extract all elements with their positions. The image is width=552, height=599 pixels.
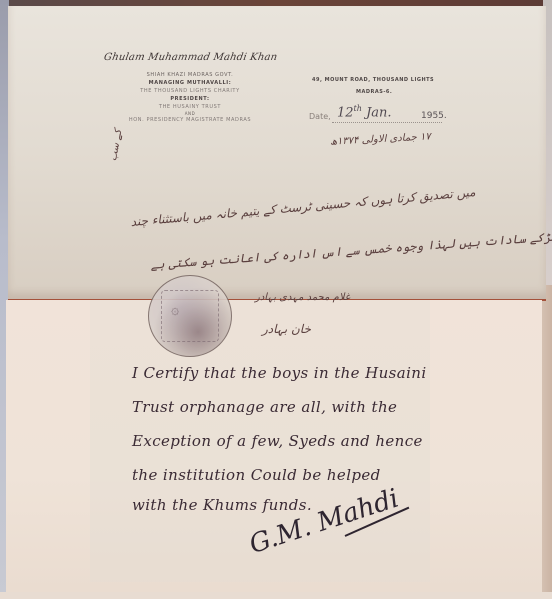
english-line-3: Exception of a few, Syeds and hence bbox=[132, 432, 423, 450]
letterhead-line-4: PRESIDENT: bbox=[95, 96, 285, 102]
date-day-suffix: th bbox=[354, 104, 362, 113]
english-line-4: the institution Could be helped bbox=[132, 466, 381, 484]
letterhead-line-5: THE HUSAINY TRUST bbox=[95, 104, 285, 110]
letterhead-line-7: HON. PRESIDENCY MAGISTRATE MADRAS bbox=[95, 117, 285, 123]
seal-stamp-icon: ۞ bbox=[148, 275, 232, 357]
seal-glyph-icon: ۞ bbox=[171, 302, 179, 318]
letterhead-line-3: THE THOUSAND LIGHTS CHARITY bbox=[95, 88, 285, 94]
english-line-5: with the Khums funds. bbox=[132, 496, 312, 514]
date-day: 12 bbox=[337, 105, 354, 120]
english-line-1: I Certify that the boys in the Husaini bbox=[132, 364, 427, 382]
bottom-edge bbox=[0, 592, 552, 599]
letterhead-line-6: AND bbox=[95, 111, 285, 116]
letterhead-line-1: SHIAH KHAZI MADRAS GOVT. bbox=[95, 72, 285, 78]
date-handwritten: 12th Jan. bbox=[337, 104, 392, 120]
letterhead-line-2: MANAGING MUTHAVALLI: bbox=[95, 80, 285, 86]
urdu-lower-line-2: خان بہادر bbox=[262, 322, 311, 336]
date-year: 1955. bbox=[421, 111, 447, 121]
date-label: Date, bbox=[309, 112, 331, 121]
letterhead-name: Ghulam Muhammad Mahdi Khan bbox=[103, 52, 285, 63]
date-dotted-line bbox=[332, 122, 442, 123]
date-month: Jan. bbox=[366, 105, 391, 120]
english-line-2: Trust orphanage are all, with the bbox=[132, 398, 397, 416]
seal-inner-border bbox=[161, 290, 219, 342]
address-line-1: 49, MOUNT ROAD, THOUSAND LIGHTS bbox=[312, 77, 434, 83]
address-line-2: MADRAS-6. bbox=[356, 89, 392, 95]
urdu-lower-line-1: غلام محمد مہدی بہادر bbox=[255, 292, 350, 303]
